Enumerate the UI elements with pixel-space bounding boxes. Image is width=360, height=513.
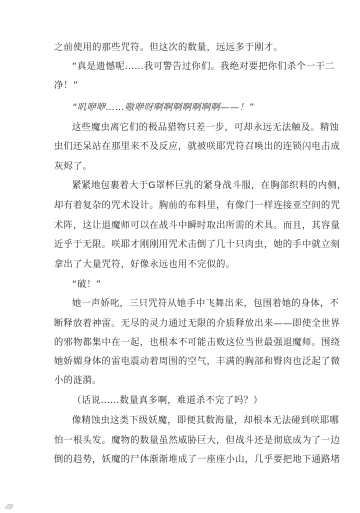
- text-line: “真是遗憾呢……我可警告过你们。我绝对要把你们杀个一干二: [54, 61, 335, 73]
- text-line: 术阵，这让退魔师可以在战斗中瞬时取出所需的术具。而且，其容量: [54, 220, 340, 232]
- text-line: 倒的趋势，妖魔的尸体渐渐堆成了一座座小山，几乎要把地下通路堵: [54, 454, 340, 466]
- text-line: 之前使用的那些咒符。但这次的数量，远远多于刚才。: [54, 42, 283, 54]
- text-line: 断释放着神雷。无尽的灵力通过无限的介质释放出来——即使全世界: [54, 318, 340, 330]
- text-line: 近乎于无限。咲耶才刚刚用咒术击倒了几十只肉虫，她的手中就立刻: [54, 239, 340, 251]
- text-line: （话说……数量真多啊，难道杀不完了吗？）: [54, 395, 263, 407]
- document-page: 之前使用的那些咒符。但这次的数量，远远多于刚才。 “真是遗憾呢……我可警告过你们…: [0, 0, 360, 513]
- text-line: 却有着复杂的咒术设计。胸前的布料里，有像门一样连接亚空间的咒: [54, 200, 340, 212]
- text-line: 她娇媚身体的雷电震动着周围的空气，丰满的胸部和臀肉也泛起了微: [54, 356, 340, 368]
- text-line: “破！”: [54, 279, 101, 291]
- text-line-shout: “叽咿咿……嗷咿呀啊啊啊啊啊啊啊——！”: [54, 102, 254, 114]
- text-line: 像精蚀虫这类下级妖魔，即便其数海量，却根本无法碰到咲耶哪: [54, 415, 339, 427]
- text-line: 净！”: [54, 80, 78, 92]
- text-line: 的邪物都集中在一起，也根本不可能击败这位当世最强退魔师。围绕: [54, 337, 340, 349]
- text-line: 拿出了大量咒符，好像永远也用不完似的。: [54, 259, 235, 271]
- text-line: 她一声娇叱，三只咒符从她手中飞舞出来，包围着她的身体，不: [54, 298, 339, 310]
- page-curl-icon: [4, 495, 14, 502]
- text-line: 怕一根头发。魔物的数量虽然威胁巨大，但战斗还是彻底成为了一边: [54, 435, 340, 447]
- text-line: 这些魔虫离它们的极品猎物只差一步，可却永远无法触及。精蚀: [54, 122, 339, 134]
- text-line: 小的涟漪。: [54, 375, 102, 387]
- text-line: 虫们还呆站在那里来不及反应，就被咲耶咒符召唤出的连锁闪电击成: [54, 141, 340, 153]
- text-line: 紧紧地包裹着大于G罩杯巨乳的紧身战斗服，在胸部织料的内侧，: [54, 180, 347, 192]
- text-line: 灰烬了。: [54, 161, 92, 173]
